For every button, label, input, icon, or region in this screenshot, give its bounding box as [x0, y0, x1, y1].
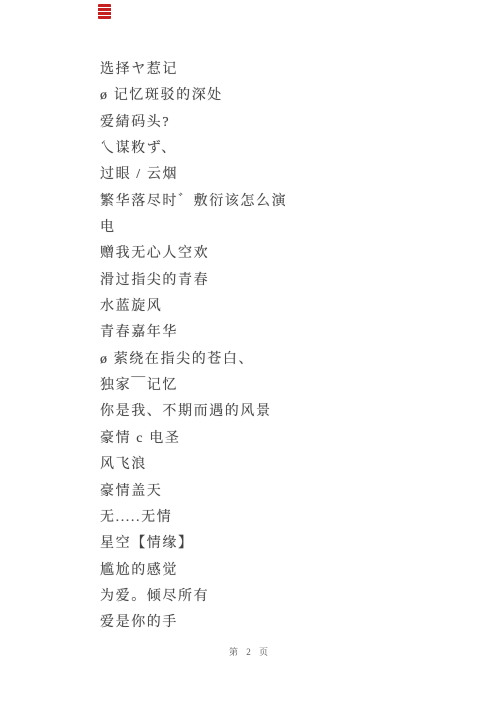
text-line: 爱是你的手	[100, 610, 470, 636]
text-lines: 选择ヤ惹记ø 记忆斑驳的深处爱綪码头?乀谋敉ず、过眼 / 云烟繁华落尽时゛敷衍该…	[100, 57, 470, 637]
text-line: 无.....无情	[100, 505, 470, 531]
text-line: 豪情盖天	[100, 479, 470, 505]
text-line: 风飞浪	[100, 452, 470, 478]
page-number: 第 2 页	[0, 645, 500, 658]
text-line: 星空【情缘】	[100, 531, 470, 557]
text-line: 爱綪码头?	[100, 110, 470, 136]
text-line: 为爱。倾尽所有	[100, 584, 470, 610]
document-page: 选择ヤ惹记ø 记忆斑驳的深处爱綪码头?乀谋敉ず、过眼 / 云烟繁华落尽时゛敷衍该…	[0, 0, 500, 708]
text-line: 独家￣记忆	[100, 373, 470, 399]
text-line: 水蓝旋风	[100, 294, 470, 320]
text-line: ø 记忆斑驳的深处	[100, 83, 470, 109]
text-line: 尴尬的感觉	[100, 558, 470, 584]
text-line: 青春嘉年华	[100, 320, 470, 346]
red-stamp-icon	[98, 4, 111, 19]
text-line: 乀谋敉ず、	[100, 136, 470, 162]
text-line: 豪情 c 电圣	[100, 426, 470, 452]
text-line: 你是我、不期而遇的风景	[100, 399, 470, 425]
text-line: 赠我无心人空欢	[100, 241, 470, 267]
text-line: 繁华落尽时゛敷衍该怎么演	[100, 189, 470, 215]
text-line: 滑过指尖的青春	[100, 268, 470, 294]
text-line: 选择ヤ惹记	[100, 57, 470, 83]
text-line: 过眼 / 云烟	[100, 162, 470, 188]
text-line: ø 萦绕在指尖的苍白、	[100, 347, 470, 373]
text-line: 电	[100, 215, 470, 241]
